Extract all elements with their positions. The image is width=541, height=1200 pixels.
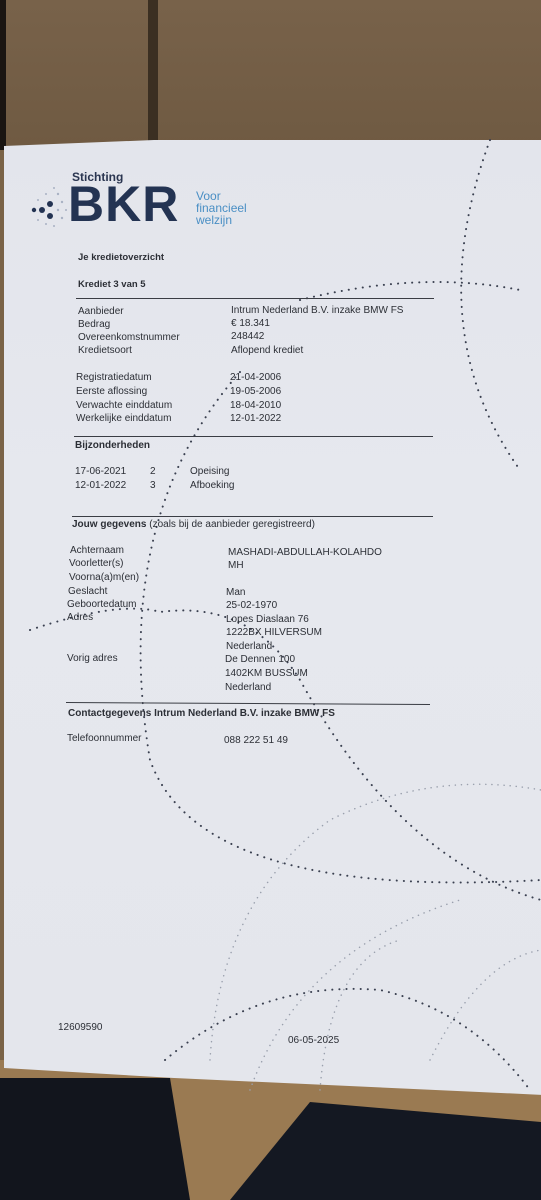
- address-line: 1222BX HILVERSUM: [226, 627, 322, 638]
- logo-dots-icon: [28, 180, 70, 230]
- value-registratiedatum: 21-04-2006: [230, 372, 281, 383]
- label-registratiedatum: Registratiedatum: [76, 372, 152, 383]
- fabric-left: [0, 1078, 190, 1200]
- wooden-table-background: [0, 0, 541, 150]
- bijz-date: 12-01-2022: [75, 480, 126, 491]
- document-date: 06-05-2025: [288, 1035, 339, 1046]
- label-voornamen: Voorna(a)m(en): [69, 572, 139, 583]
- section-contact: Contactgegevens Intrum Nederland B.V. in…: [68, 708, 335, 719]
- address-line: Nederland: [226, 641, 272, 652]
- bkr-logo: Stichting BKR Voor financieel welzijn: [28, 170, 268, 232]
- label-voorletters: Voorletter(s): [69, 558, 123, 569]
- value-aanbieder: Intrum Nederland B.V. inzake BMW FS: [231, 305, 403, 316]
- address-line: Lopes Diaslaan 76: [226, 614, 309, 625]
- label-eerste-aflossing: Eerste aflossing: [76, 386, 147, 397]
- value-verwachte-einddatum: 18-04-2010: [230, 400, 281, 411]
- label-overeenkomstnummer: Overeenkomstnummer: [78, 332, 180, 343]
- label-aanbieder: Aanbieder: [78, 306, 124, 317]
- table-groove: [148, 0, 158, 142]
- value-voorletters: MH: [228, 560, 244, 571]
- divider: [72, 516, 433, 517]
- bijz-code: 3: [150, 480, 156, 491]
- credit-counter: Krediet 3 van 5: [78, 279, 146, 290]
- value-bedrag: € 18.341: [231, 318, 270, 329]
- label-kredietsoort: Kredietsoort: [78, 345, 132, 356]
- logo-tagline: Voor financieel welzijn: [196, 190, 247, 226]
- tagline-line: welzijn: [196, 214, 247, 226]
- value-werkelijke-einddatum: 12-01-2022: [230, 413, 281, 424]
- label-telefoonnummer: Telefoonnummer: [67, 733, 141, 744]
- bijz-date: 17-06-2021: [75, 466, 126, 477]
- label-adres: Adres: [67, 612, 93, 623]
- page-title: Je kredietoverzicht: [78, 252, 164, 263]
- value-overeenkomstnummer: 248442: [231, 331, 264, 342]
- previous-address-line: 1402KM BUSSUM: [225, 668, 308, 679]
- document-reference: 12609590: [58, 1022, 103, 1033]
- bijz-description: Opeising: [190, 466, 229, 477]
- value-eerste-aflossing: 19-05-2006: [230, 386, 281, 397]
- divider: [74, 436, 433, 437]
- label-bedrag: Bedrag: [78, 319, 110, 330]
- value-achternaam: MASHADI-ABDULLAH-KOLAHDO: [228, 547, 382, 558]
- value-kredietsoort: Aflopend krediet: [231, 345, 303, 356]
- logo-bkr-wordmark: BKR: [68, 178, 179, 230]
- bijz-code: 2: [150, 466, 156, 477]
- label-vorig-adres: Vorig adres: [67, 653, 118, 664]
- previous-address-line: De Dennen 100: [225, 654, 295, 665]
- label-achternaam: Achternaam: [70, 545, 124, 556]
- section-note: (zoals bij de aanbieder geregistreerd): [149, 519, 315, 530]
- value-geboortedatum: 25-02-1970: [226, 600, 277, 611]
- section-title: Jouw gegevens: [72, 519, 146, 530]
- bijz-description: Afboeking: [190, 480, 234, 491]
- label-werkelijke-einddatum: Werkelijke einddatum: [76, 413, 171, 424]
- label-geslacht: Geslacht: [68, 586, 107, 597]
- section-bijzonderheden: Bijzonderheden: [75, 440, 150, 451]
- value-geslacht: Man: [226, 587, 245, 598]
- previous-address-line: Nederland: [225, 682, 271, 693]
- table-edge: [0, 0, 6, 150]
- section-jouw-gegevens: Jouw gegevens (zoals bij de aanbieder ge…: [72, 519, 315, 530]
- value-telefoonnummer: 088 222 51 49: [224, 735, 288, 746]
- label-geboortedatum: Geboortedatum: [67, 599, 137, 610]
- label-verwachte-einddatum: Verwachte einddatum: [76, 400, 172, 411]
- divider: [76, 298, 434, 299]
